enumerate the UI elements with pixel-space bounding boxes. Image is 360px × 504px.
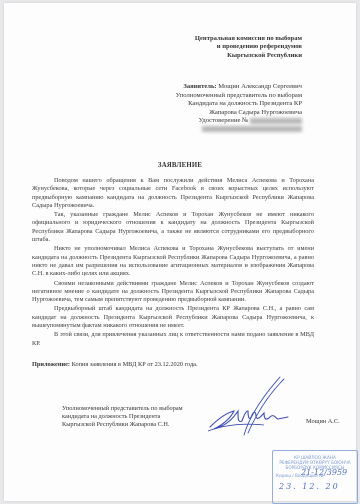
stamp-reg-number: 21-12/3959: [301, 470, 347, 475]
addressee-line: Центральная комиссия по выборам: [195, 35, 302, 43]
document-title: ЗАЯВЛЕНИЕ: [4, 162, 356, 169]
applicant-name: Мощин Александр Сергеевич: [218, 83, 302, 90]
paragraph: Предвыборный штаб кандидата на должность…: [32, 305, 314, 330]
paragraph: Поводом нашего обращения к Вам послужили…: [32, 177, 314, 210]
redacted-id: [250, 118, 302, 124]
redacted-line: [176, 126, 302, 136]
addressee-line: и проведению референдумов: [195, 43, 302, 51]
registration-stamp: КР ШАЙЛОО ЖАНА РЕФЕРЕНДУМ ӨТКӨРҮҮ БОЮНЧА…: [272, 450, 358, 504]
addressee-block: Центральная комиссия по выборам и провед…: [195, 35, 302, 60]
applicant-line: Кандидата на должность Президента КР: [176, 100, 302, 109]
paragraph: В этой связи, для привлечения указанных …: [32, 331, 314, 348]
signer-block: Уполномоченный представитель по выборам …: [62, 405, 183, 429]
signer-name: Мощин А.С.: [306, 418, 340, 425]
applicant-line: Жапарова Садыра Нургожоевича: [176, 109, 302, 118]
paragraph: Так, указанные граждане Мелис Аспеков и …: [32, 211, 314, 244]
applicant-name-line: Заявитель: Мощин Александр Сергеевич: [176, 83, 302, 92]
paragraph: Никто не уполномочивал Мелиса Аспекова и…: [32, 245, 314, 278]
document-body: Поводом нашего обращения к Вам послужили…: [32, 177, 314, 349]
attachment-label: Приложение:: [32, 361, 70, 368]
applicant-id-label: Удостоверение №: [199, 117, 249, 124]
signature-icon: [204, 375, 294, 455]
paragraph: Своими незаконными действиями граждане М…: [32, 280, 314, 305]
applicant-line: Уполномоченный представитель по выборам: [176, 92, 302, 101]
signer-line: Кыргызской Республики Жапарова С.Н.: [62, 421, 183, 429]
redacted-text: [202, 126, 302, 132]
document-page: Центральная комиссия по выборам и провед…: [4, 3, 356, 501]
stamp-registration: Кириш / Входящий № 21-12/3959: [273, 473, 357, 478]
applicant-id-line: Удостоверение №: [176, 117, 302, 126]
attachment-text: Копия заявления в МВД КР от 23.12.2020 г…: [72, 361, 198, 368]
applicant-block: Заявитель: Мощин Александр Сергеевич Упо…: [176, 83, 302, 136]
addressee-line: Кыргызской Республики: [195, 52, 302, 60]
stamp-date: 23. 12. 20: [273, 484, 357, 489]
applicant-label: Заявитель:: [183, 83, 216, 90]
signer-line: Уполномоченный представитель по выборам: [62, 405, 183, 413]
signer-line: кандидата на должность Президента: [62, 413, 183, 421]
attachment-line: Приложение: Копия заявления в МВД КР от …: [32, 361, 198, 368]
